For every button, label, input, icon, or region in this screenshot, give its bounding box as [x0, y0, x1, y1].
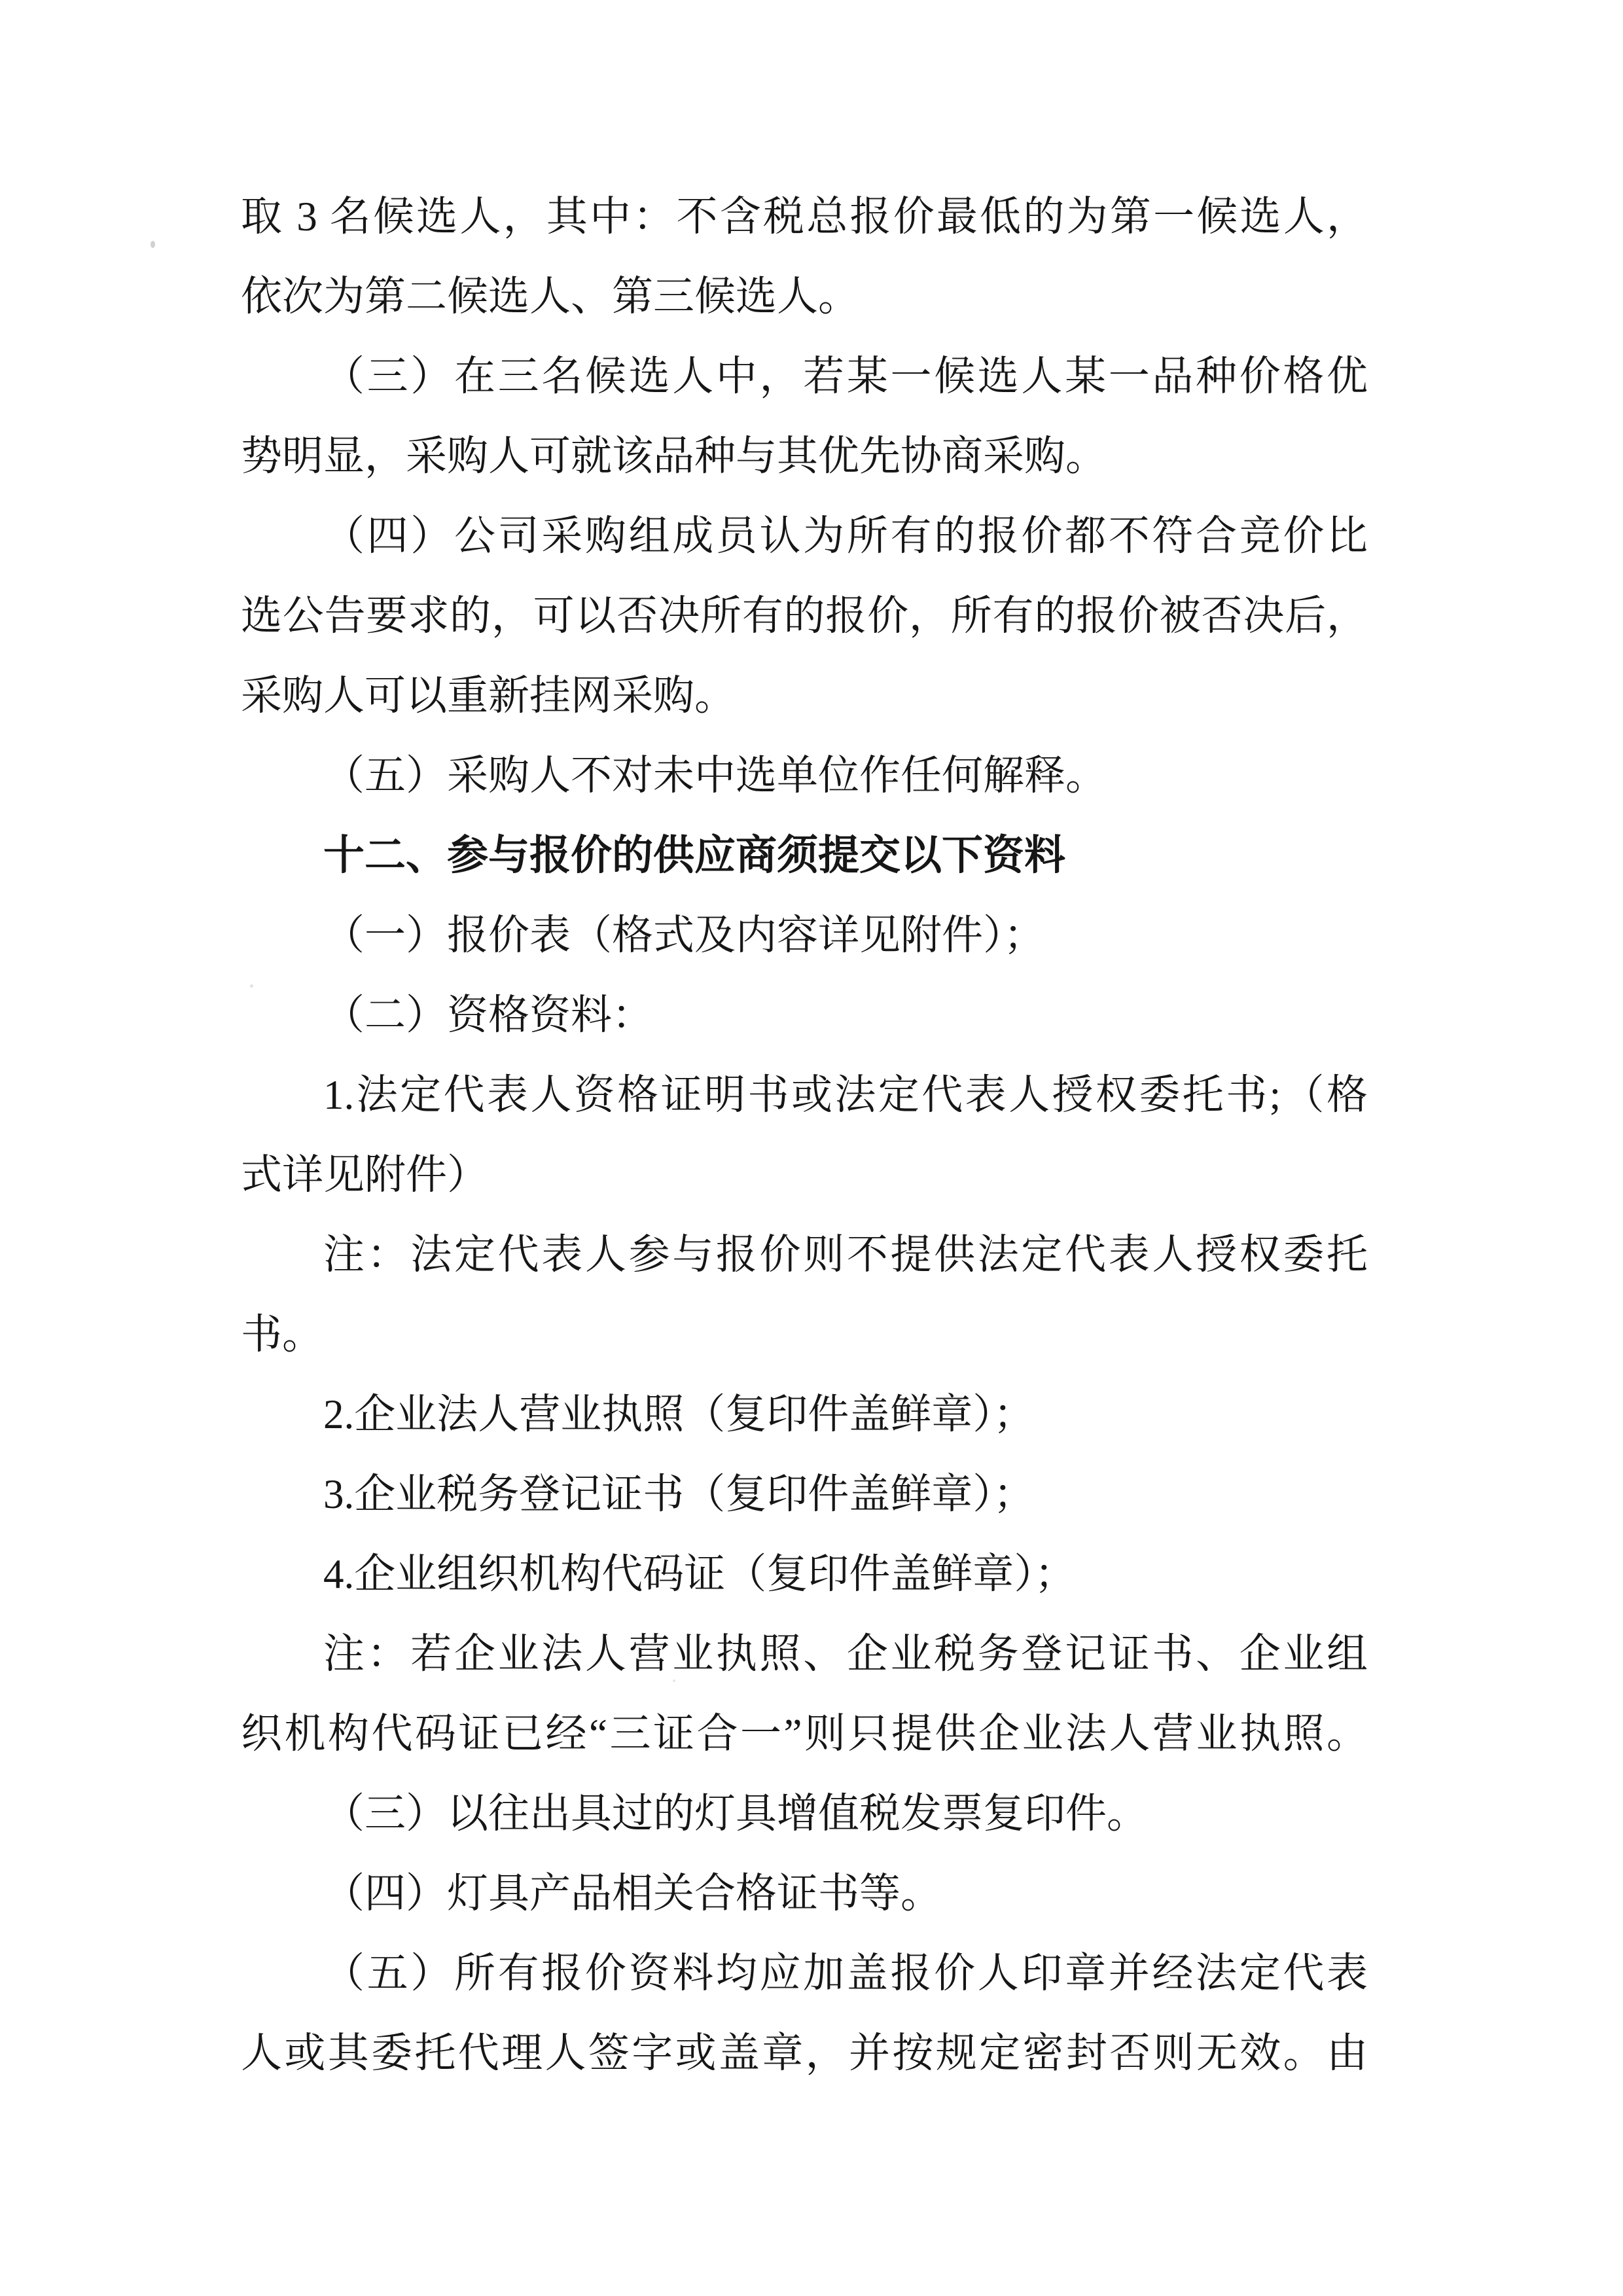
text-line: （一）报价表（格式及内容详见附件）；	[241, 895, 1368, 975]
text-line: （五）采购人不对未中选单位作任何解释。	[241, 736, 1368, 816]
text-line: 4.企业组织机构代码证（复印件盖鲜章）；	[241, 1534, 1368, 1614]
text-line: （三）以往出具过的灯具增值税发票复印件。	[241, 1774, 1368, 1854]
text-line: 采购人可以重新挂网采购。	[241, 656, 1368, 736]
text-line: （四）公司采购组成员认为所有的报价都不符合竞价比	[241, 496, 1368, 576]
text-line: 1.法定代表人资格证明书或法定代表人授权委托书;（格	[241, 1055, 1368, 1135]
text-line: 人或其委托代理人签字或盖章，并按规定密封否则无效。由	[241, 2013, 1368, 2093]
scan-speck	[151, 241, 155, 248]
text-line: 2.企业法人营业执照（复印件盖鲜章）；	[241, 1374, 1368, 1454]
text-line: （五）所有报价资料均应加盖报价人印章并经法定代表	[241, 1933, 1368, 2013]
section-heading-line: 十二、参与报价的供应商须提交以下资料	[241, 816, 1368, 895]
text-line: 势明显，采购人可就该品种与其优先协商采购。	[241, 416, 1368, 496]
document-page: 取 3 名候选人，其中：不含税总报价最低的为第一候选人，依次为第二候选人、第三候…	[0, 0, 1623, 2296]
text-line: 织机构代码证已经“三证合一”则只提供企业法人营业执照。	[241, 1694, 1368, 1774]
text-line: 书。	[241, 1295, 1368, 1374]
text-line: 3.企业税务登记证书（复印件盖鲜章）；	[241, 1454, 1368, 1534]
text-line: 取 3 名候选人，其中：不含税总报价最低的为第一候选人，	[241, 177, 1368, 257]
text-block: 取 3 名候选人，其中：不含税总报价最低的为第一候选人，依次为第二候选人、第三候…	[241, 177, 1368, 2093]
text-line: （二）资格资料：	[241, 975, 1368, 1055]
text-line: 注：若企业法人营业执照、企业税务登记证书、企业组	[241, 1614, 1368, 1694]
text-line: 注：法定代表人参与报价则不提供法定代表人授权委托	[241, 1215, 1368, 1295]
text-line: 选公告要求的，可以否决所有的报价，所有的报价被否决后，	[241, 576, 1368, 656]
text-line: （四）灯具产品相关合格证书等。	[241, 1854, 1368, 1933]
text-line: 式详见附件）	[241, 1135, 1368, 1215]
text-line: （三）在三名候选人中，若某一候选人某一品种价格优	[241, 336, 1368, 416]
text-line: 依次为第二候选人、第三候选人。	[241, 257, 1368, 336]
